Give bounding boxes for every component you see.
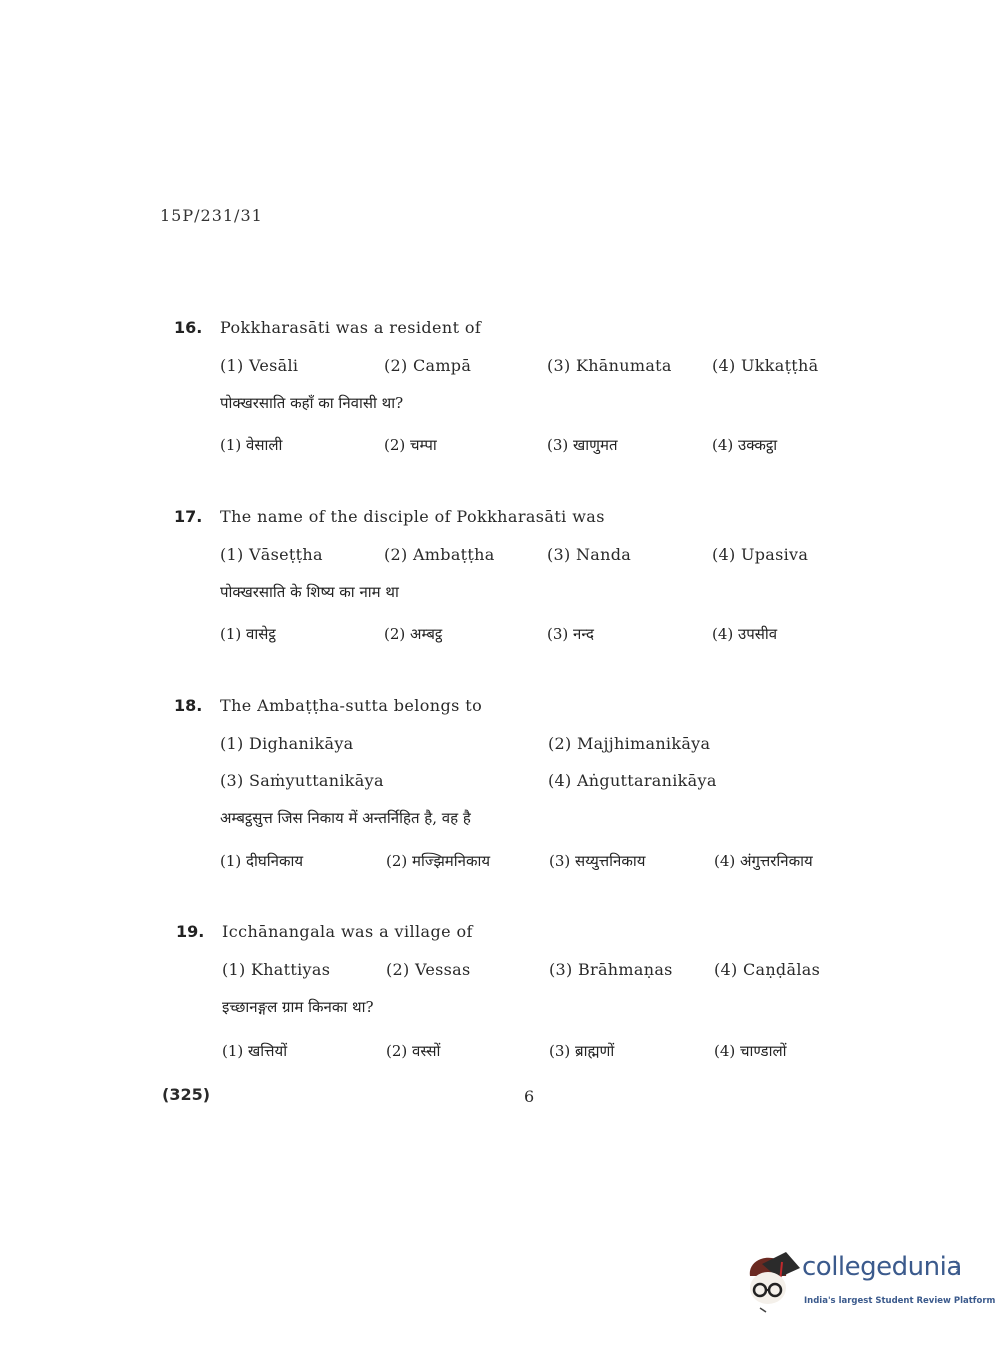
question-text-hi: पोक्खरसाति के शिष्य का नाम था xyxy=(220,582,399,602)
option-hi-2: (2) अम्बट्ठ xyxy=(384,624,442,644)
question-text-hi: इच्छानङ्गल ग्राम किनका था? xyxy=(222,997,374,1017)
question-text-en: Pokkharasāti was a resident of xyxy=(220,318,481,337)
footer-code: (325) xyxy=(162,1085,210,1104)
question-text-hi: अम्बट्ठसुत्त जिस निकाय में अन्तर्निहित ह… xyxy=(220,808,471,828)
option-hi-4: (4) चाण्डालों xyxy=(714,1041,787,1061)
collegedunia-watermark: collegedunia .com India's largest Studen… xyxy=(742,1250,972,1320)
option-en-2: (2) Vessas xyxy=(386,960,470,979)
option-hi-1: (1) दीघनिकाय xyxy=(220,851,303,871)
brand-suffix: .com xyxy=(954,1260,961,1275)
option-hi-2: (2) चम्पा xyxy=(384,435,437,455)
option-en-4: (4) Upasiva xyxy=(712,545,808,564)
option-hi-4: (4) अंगुत्तरनिकाय xyxy=(714,851,813,871)
question-number: 17. xyxy=(174,507,202,526)
page-number: 6 xyxy=(524,1087,534,1106)
option-hi-1: (1) वासेट्ठ xyxy=(220,624,276,644)
option-en-1: (1) Vāseṭṭha xyxy=(220,545,323,564)
option-en-4: (4) Caṇḍālas xyxy=(714,960,820,979)
option-en-1: (1) Vesāli xyxy=(220,356,298,375)
paper-code: 15P/231/31 xyxy=(160,206,263,225)
option-en-3: (3) Nanda xyxy=(547,545,631,564)
option-en-1: (1) Dighanikāya xyxy=(220,734,354,753)
brand-tagline: India's largest Student Review Platform xyxy=(804,1296,995,1306)
question-text-en: Icchānangala was a village of xyxy=(222,922,473,941)
question-text-en: The Ambaṭṭha-sutta belongs to xyxy=(220,696,482,715)
option-hi-4: (4) उपसीव xyxy=(712,624,777,644)
question-text-hi: पोक्खरसाति कहाँ का निवासी था? xyxy=(220,393,403,413)
option-en-3: (3) Khānumata xyxy=(547,356,672,375)
question-number: 16. xyxy=(174,318,202,337)
option-en-3: (3) Brāhmaṇas xyxy=(549,960,673,979)
option-hi-3: (3) सय्युत्तनिकाय xyxy=(549,851,645,871)
option-en-2: (2) Ambaṭṭha xyxy=(384,545,495,564)
option-hi-3: (3) नन्द xyxy=(547,624,594,644)
option-en-1: (1) Khattiyas xyxy=(222,960,330,979)
question-text-en: The name of the disciple of Pokkharasāti… xyxy=(220,507,605,526)
option-hi-2: (2) वस्सों xyxy=(386,1041,440,1061)
option-hi-2: (2) मज्झिमनिकाय xyxy=(386,851,490,871)
mascot-icon xyxy=(742,1250,802,1316)
question-number: 18. xyxy=(174,696,202,715)
option-hi-1: (1) खत्तियों xyxy=(222,1041,287,1061)
option-en-4: (4) Aṅguttaranikāya xyxy=(548,771,717,790)
option-en-3: (3) Saṁyuttanikāya xyxy=(220,771,384,790)
option-hi-1: (1) वेसाली xyxy=(220,435,282,455)
option-hi-4: (4) उक्कट्ठा xyxy=(712,435,777,455)
option-en-2: (2) Campā xyxy=(384,356,471,375)
option-en-2: (2) Majjhimanikāya xyxy=(548,734,710,753)
option-hi-3: (3) ब्राह्मणों xyxy=(549,1041,614,1061)
option-hi-3: (3) खाणुमत xyxy=(547,435,618,455)
option-en-4: (4) Ukkaṭṭhā xyxy=(712,356,818,375)
brand-name: collegedunia xyxy=(802,1252,962,1282)
question-number: 19. xyxy=(176,922,204,941)
